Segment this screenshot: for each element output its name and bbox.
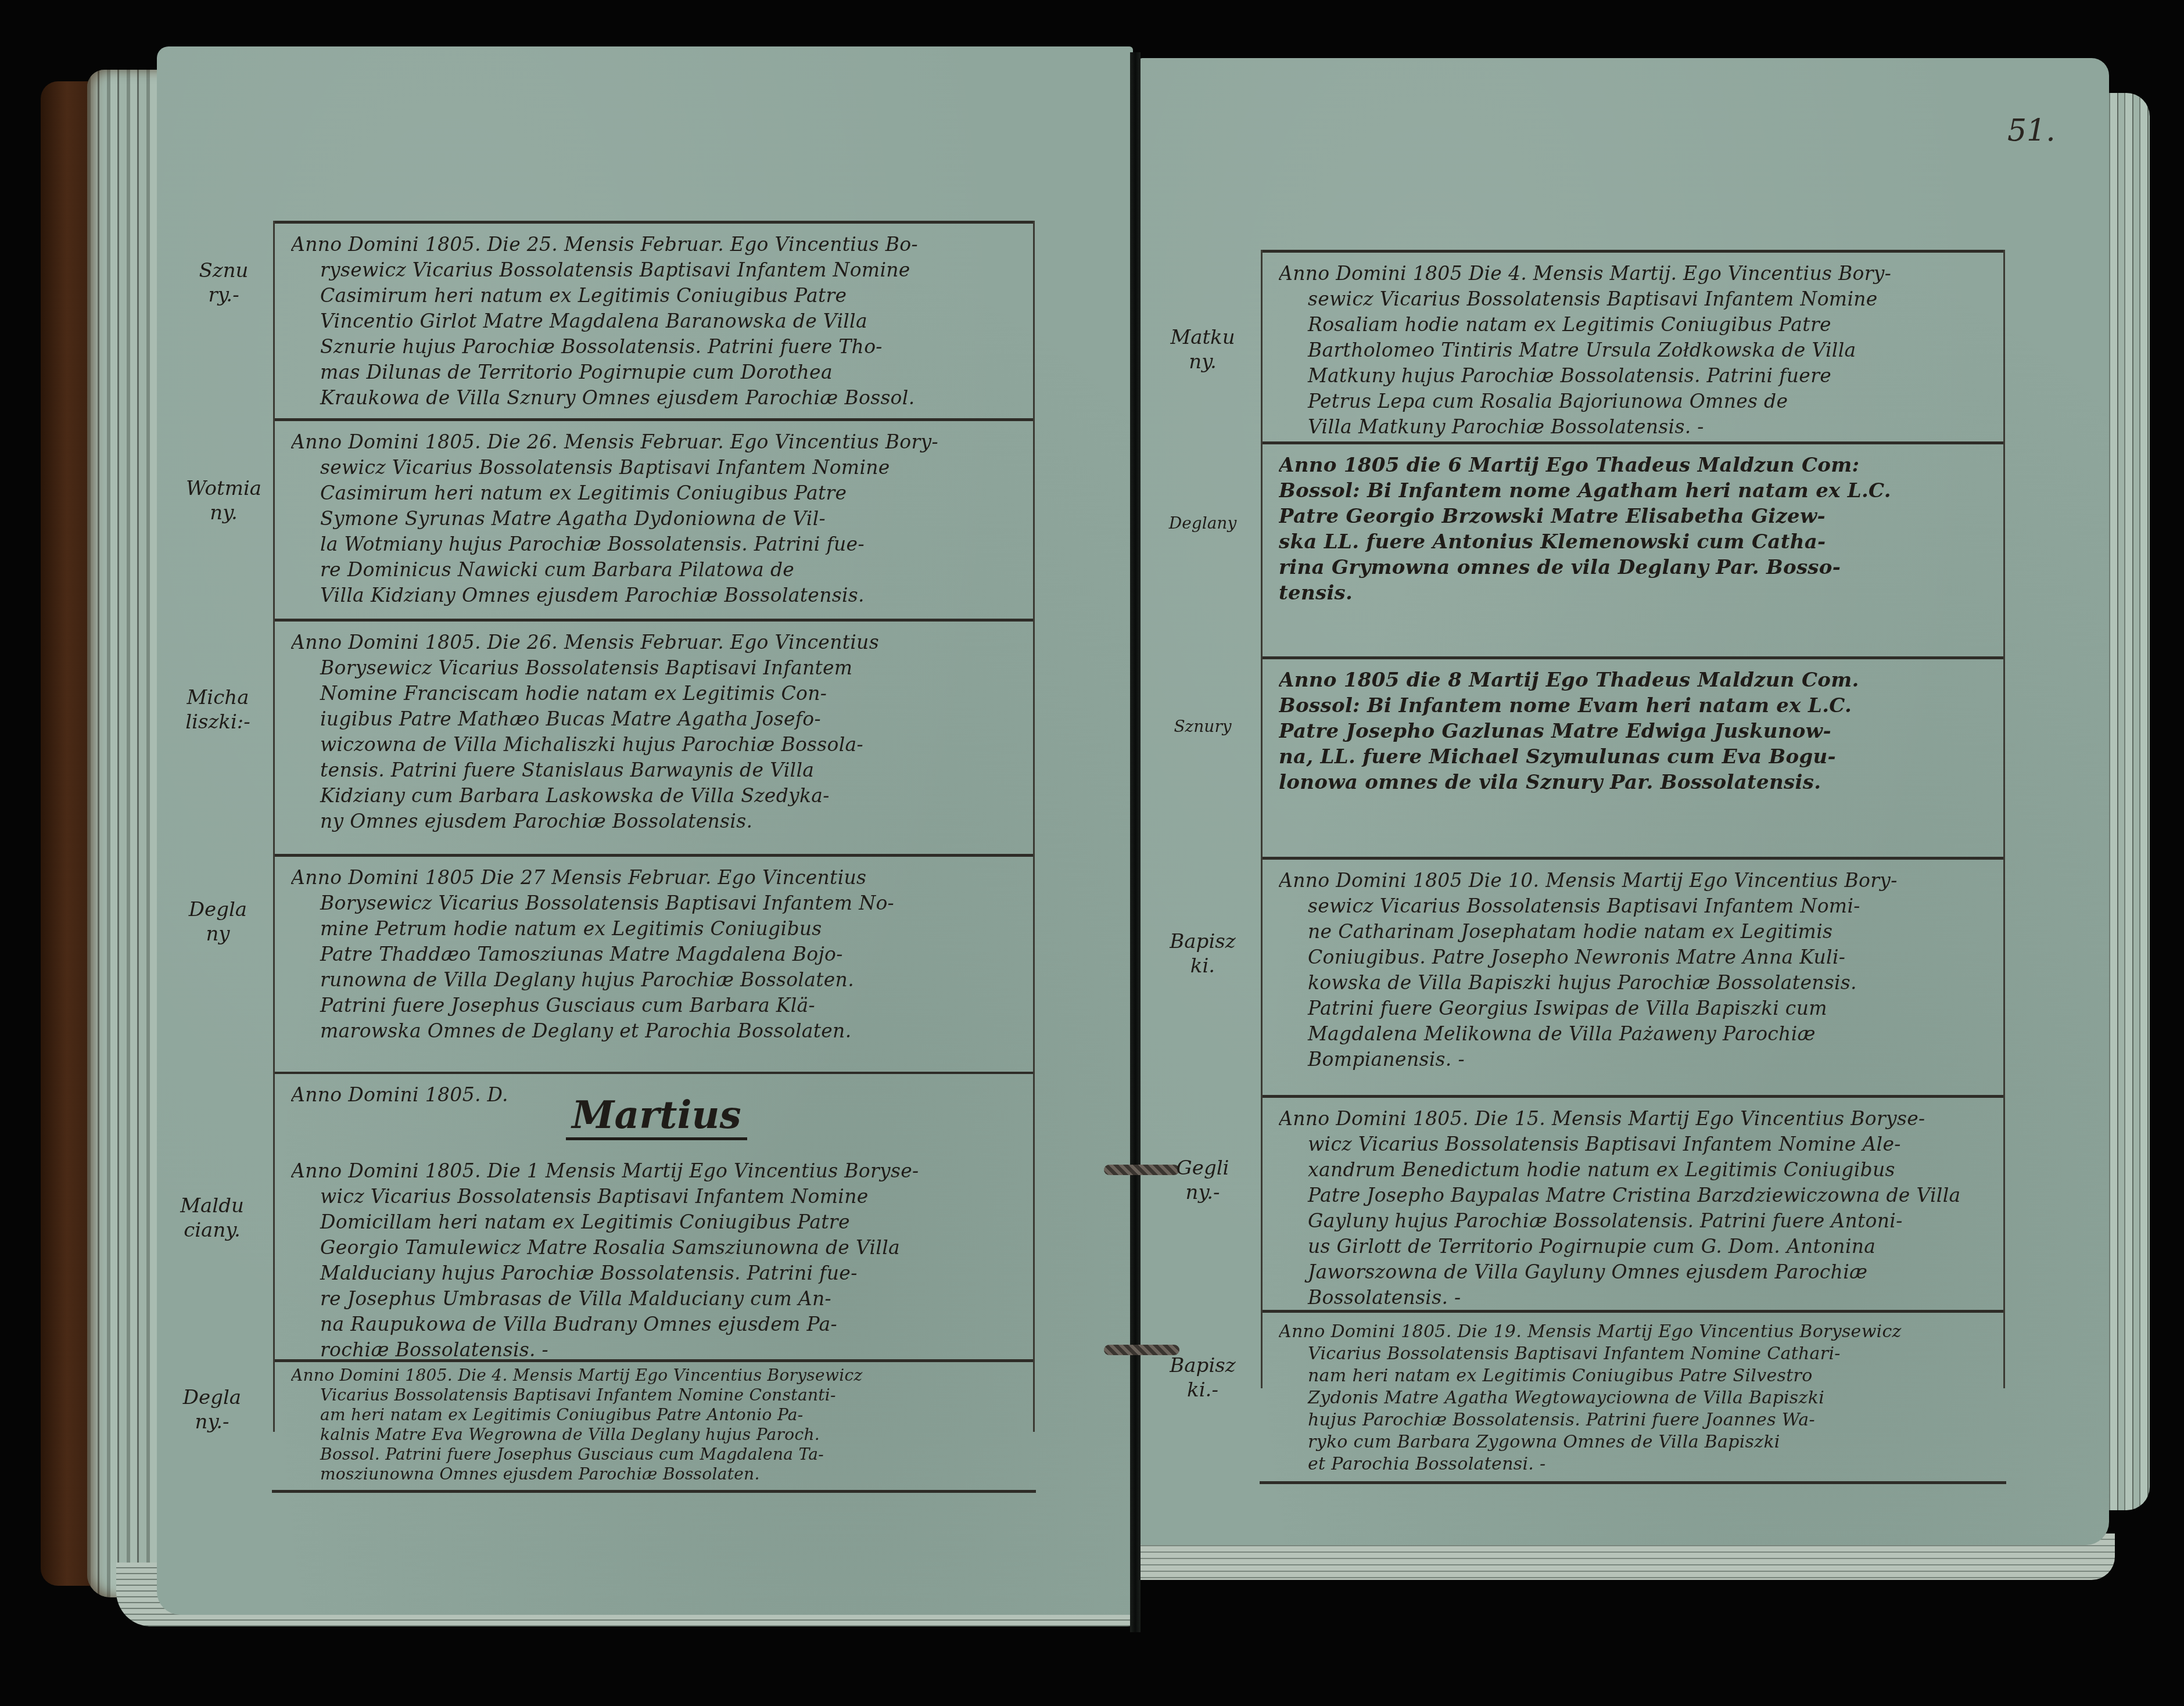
entry-line: Patre Georgio Brzowski Matre Elisabetha …	[1279, 504, 1987, 529]
entry-line: Anno Domini 1805 Die 4. Mensis Martij. E…	[1279, 261, 1987, 286]
baptism-entry: Anno Domini 1805. Die 4. Mensis Martij E…	[275, 1359, 1033, 1488]
baptism-entry: Anno Domini 1805. Die 19. Mensis Martij …	[1263, 1310, 2003, 1479]
entry-line: Vincentio Girlot Matre Magdalena Baranow…	[291, 308, 1017, 334]
entry-line: runowna de Villa Deglany hujus Parochiæ …	[291, 967, 1017, 993]
margin-label-line: ry.-	[180, 283, 267, 307]
open-register-book: 51. Anno Domini 1805. Die 25. Mensis Feb…	[0, 0, 2184, 1706]
entry-line: Petrus Lepa cum Rosalia Bajoriunowa Omne…	[1279, 389, 1987, 414]
entry-line: Patrini fuere Josephus Gusciaus cum Barb…	[291, 993, 1017, 1018]
margin-village-label: Matku ny.	[1159, 325, 1246, 374]
entry-line: ny Omnes ejusdem Parochiæ Bossolatensis.	[291, 809, 1017, 834]
margin-label-line: Deglany	[1159, 511, 1246, 536]
entry-line: Matkuny hujus Parochiæ Bossolatensis. Pa…	[1279, 363, 1987, 389]
baptism-entry: Anno Domini 1805 Die 10. Mensis Martij E…	[1263, 857, 2003, 1076]
entry-line: lonowa omnes de vila Sznury Par. Bossola…	[1279, 770, 1987, 795]
baptism-entry: Anno Domini 1805. Die 15. Mensis Martij …	[1263, 1095, 2003, 1314]
entry-line: la Wotmiany hujus Parochiæ Bossolatensis…	[291, 531, 1017, 557]
entry-line: us Girlott de Territorio Pogirnupie cum …	[1279, 1234, 1987, 1259]
entry-line: wiczowna de Villa Michaliszki hujus Paro…	[291, 732, 1017, 757]
margin-village-label: Sznury	[1159, 714, 1246, 739]
entry-line: Anno Domini 1805. Die 1 Mensis Martij Eg…	[291, 1158, 1017, 1184]
entry-line: Nomine Franciscam hodie natam ex Legitim…	[291, 681, 1017, 706]
entry-line: Casimirum heri natum ex Legitimis Coniug…	[291, 480, 1017, 506]
entry-line: Anno 1805 die 6 Martij Ego Thadeus Maldz…	[1279, 452, 1987, 478]
baptism-entry: Anno 1805 die 6 Martij Ego Thadeus Maldz…	[1263, 441, 2003, 609]
right-register-column: Anno Domini 1805 Die 4. Mensis Martij. E…	[1261, 250, 2005, 1388]
entry-line: Rosaliam hodie natam ex Legitimis Coniug…	[1279, 312, 1987, 337]
entry-line: Anno Domini 1805. Die 26. Mensis Februar…	[291, 630, 1017, 655]
entry-line: ryko cum Barbara Zygowna Omnes de Villa …	[1279, 1431, 1987, 1453]
entry-line: wicz Vicarius Bossolatensis Baptisavi In…	[291, 1184, 1017, 1209]
entry-line: Kidziany cum Barbara Laskowska de Villa …	[291, 783, 1017, 809]
entry-line: Anno Domini 1805. Die 15. Mensis Martij …	[1279, 1106, 1987, 1132]
baptism-entry: Anno Domini 1805. Die 26. Mensis Februar…	[275, 619, 1033, 838]
entry-line: sewicz Vicarius Bossolatensis Baptisavi …	[291, 455, 1017, 480]
margin-label-line: Matku	[1159, 325, 1246, 350]
entry-line: Anno Domini 1805. Die 26. Mensis Februar…	[291, 429, 1017, 455]
entry-line: iugibus Patre Mathæo Bucas Matre Agatha …	[291, 706, 1017, 732]
entry-line: Villa Matkuny Parochiæ Bossolatensis. -	[1279, 414, 1987, 440]
left-page-stack	[87, 70, 168, 1597]
frame-bottom-rule	[272, 1490, 1036, 1493]
entry-line: Bartholomeo Tintiris Matre Ursula Zołdko…	[1279, 337, 1987, 363]
margin-label-line: ny.	[180, 501, 267, 525]
margin-label-line: Bapisz	[1159, 929, 1246, 954]
baptism-entry: Anno Domini 1805. Die 25. Mensis Februar…	[275, 221, 1033, 414]
margin-label-line: Wotmia	[180, 476, 267, 501]
entry-line: wicz Vicarius Bossolatensis Baptisavi In…	[1279, 1132, 1987, 1157]
entry-line: Jaworszowna de Villa Gayluny Omnes ejusd…	[1279, 1259, 1987, 1285]
entry-line: re Dominicus Nawicki cum Barbara Pilatow…	[291, 557, 1017, 583]
margin-village-label: Maldu ciany.	[168, 1194, 256, 1242]
baptism-entry: Anno 1805 die 8 Martij Ego Thadeus Maldz…	[1263, 656, 2003, 799]
entry-line: hujus Parochiæ Bossolatensis. Patrini fu…	[1279, 1409, 1987, 1431]
entry-line: Patre Josepho Baypalas Matre Cristina Ba…	[1279, 1183, 1987, 1208]
entry-line: Symone Syrunas Matre Agatha Dydoniowna d…	[291, 506, 1017, 531]
margin-label-line: ny	[174, 922, 261, 946]
entry-line: Casimirum heri natum ex Legitimis Coniug…	[291, 283, 1017, 308]
entry-line: Vicarius Bossolatensis Baptisavi Infante…	[1279, 1343, 1987, 1365]
entry-line: xandrum Benedictum hodie natum ex Legiti…	[1279, 1157, 1987, 1183]
entry-line: kowska de Villa Bapiszki hujus Parochiæ …	[1279, 970, 1987, 996]
entry-line: Anno Domini 1805 Die 27 Mensis Februar. …	[291, 865, 1017, 890]
month-heading: Martius	[291, 1092, 1023, 1137]
page-number: 51.	[2007, 113, 2056, 148]
margin-label-line: ny.-	[1159, 1180, 1246, 1205]
entry-line: Gayluny hujus Parochiæ Bossolatensis. Pa…	[1279, 1208, 1987, 1234]
entry-line: Villa Kidziany Omnes ejusdem Parochiæ Bo…	[291, 583, 1017, 608]
entry-line: sewicz Vicarius Bossolatensis Baptisavi …	[1279, 893, 1987, 919]
entry-line: ne Catharinam Josephatam hodie natam ex …	[1279, 919, 1987, 944]
entry-line: Borysewicz Vicarius Bossolatensis Baptis…	[291, 890, 1017, 916]
entry-line: Malduciany hujus Parochiæ Bossolatensis.…	[291, 1260, 1017, 1286]
entry-line: Magdalena Melikowna de Villa Pażaweny Pa…	[1279, 1021, 1987, 1047]
baptism-entry: Anno Domini 1805 Die 4. Mensis Martij. E…	[1263, 250, 2003, 443]
entry-line: mine Petrum hodie natum ex Legitimis Con…	[291, 916, 1017, 942]
entry-line: na Raupukowa de Villa Budrany Omnes ejus…	[291, 1312, 1017, 1337]
margin-village-label: Bapisz ki.	[1159, 929, 1246, 978]
margin-label-line: liszki:-	[174, 710, 261, 734]
margin-village-label: Micha liszki:-	[174, 685, 261, 734]
margin-village-label: Degla ny.-	[168, 1385, 256, 1434]
entry-line: Domicillam heri natam ex Legitimis Coniu…	[291, 1209, 1017, 1235]
entry-line: Patre Thaddæo Tamosziunas Matre Magdalen…	[291, 942, 1017, 967]
entry-line: Zydonis Matre Agatha Wegtowayciowna de V…	[1279, 1387, 1987, 1409]
entry-line: Vicarius Bossolatensis Baptisavi Infante…	[291, 1385, 1017, 1405]
entry-line: Bossol. Patrini fuere Josephus Gusciaus …	[291, 1445, 1017, 1464]
baptism-entry: Anno Domini 1805. Die 26. Mensis Februar…	[275, 418, 1033, 612]
margin-label-line: ciany.	[168, 1218, 256, 1242]
margin-village-label: Sznu ry.-	[180, 258, 267, 307]
margin-village-label: Bapisz ki.-	[1159, 1353, 1246, 1402]
entry-line: Anno 1805 die 8 Martij Ego Thadeus Maldz…	[1279, 667, 1987, 693]
entry-line: re Josephus Umbrasas de Villa Malduciany…	[291, 1286, 1017, 1312]
entry-line: Coniugibus. Patre Josepho Newronis Matre…	[1279, 944, 1987, 970]
entry-line: rina Grymowna omnes de vila Deglany Par.…	[1279, 555, 1987, 580]
entry-line: mosziunowna Omnes ejusdem Parochiæ Bosso…	[291, 1464, 1017, 1484]
margin-village-label: Deglany	[1159, 511, 1246, 536]
margin-label-line: ny.-	[168, 1410, 256, 1434]
entry-line: kalnis Matre Eva Wegrowna de Villa Degla…	[291, 1425, 1017, 1445]
entry-line: Anno Domini 1805. Die 4. Mensis Martij E…	[291, 1366, 1017, 1385]
margin-label-line: Degla	[168, 1385, 256, 1410]
entry-line: Bossol: Bi Infantem nome Evam heri natam…	[1279, 693, 1987, 719]
month-heading-text: Martius	[566, 1092, 747, 1140]
margin-label-line: ki.	[1159, 954, 1246, 978]
book-spine-leather	[41, 81, 93, 1586]
margin-label-line: Gegli	[1159, 1156, 1246, 1180]
entry-line: Borysewicz Vicarius Bossolatensis Baptis…	[291, 655, 1017, 681]
entry-line: tensis. Patrini fuere Stanislaus Barwayn…	[291, 757, 1017, 783]
entry-line: Bossol: Bi Infantem nome Agatham heri na…	[1279, 478, 1987, 504]
margin-label-line: Maldu	[168, 1194, 256, 1218]
entry-line: Kraukowa de Villa Sznury Omnes ejusdem P…	[291, 385, 1017, 411]
entry-line: nam heri natam ex Legitimis Coniugibus P…	[1279, 1365, 1987, 1387]
entry-line: na, LL. fuere Michael Szymulunas cum Eva…	[1279, 744, 1987, 770]
entry-line: am heri natam ex Legitimis Coniugibus Pa…	[291, 1405, 1017, 1425]
margin-label-line: ny.	[1159, 350, 1246, 374]
margin-label-line: Sznu	[180, 258, 267, 283]
right-page-stack	[2103, 93, 2150, 1510]
baptism-entry: Anno Domini 1805 Die 27 Mensis Februar. …	[275, 854, 1033, 1047]
entry-line: Anno Domini 1805. Die 19. Mensis Martij …	[1279, 1321, 1987, 1343]
entry-line: rysewicz Vicarius Bossolatensis Baptisav…	[291, 257, 1017, 283]
entry-line: Patre Josepho Gazlunas Matre Edwiga Jusk…	[1279, 719, 1987, 744]
entry-line: Patrini fuere Georgius Iswipas de Villa …	[1279, 996, 1987, 1021]
entry-line: Sznurie hujus Parochiæ Bossolatensis. Pa…	[291, 334, 1017, 360]
margin-village-label: Gegli ny.-	[1159, 1156, 1246, 1205]
margin-label-line: Degla	[174, 897, 261, 922]
margin-village-label: Degla ny	[174, 897, 261, 946]
margin-label-line: Micha	[174, 685, 261, 710]
margin-label-line: Sznury	[1159, 714, 1246, 739]
entry-line: ska LL. fuere Antonius Klemenowski cum C…	[1279, 529, 1987, 555]
margin-village-label: Wotmia ny.	[180, 476, 267, 525]
book-gutter	[1130, 52, 1141, 1632]
entry-line: mas Dilunas de Territorio Pogirnupie cum…	[291, 360, 1017, 385]
entry-line: Anno Domini 1805 Die 10. Mensis Martij E…	[1279, 868, 1987, 893]
entry-line: Georgio Tamulewicz Matre Rosalia Samsziu…	[291, 1235, 1017, 1260]
margin-label-line: ki.-	[1159, 1378, 1246, 1402]
entry-line: Anno Domini 1805. Die 25. Mensis Februar…	[291, 232, 1017, 257]
left-register-column: Anno Domini 1805. Die 25. Mensis Februar…	[273, 221, 1035, 1432]
entry-line: marowska Omnes de Deglany et Parochia Bo…	[291, 1018, 1017, 1044]
entry-line: et Parochia Bossolatensi. -	[1279, 1453, 1987, 1475]
entry-line: Bompianensis. -	[1279, 1047, 1987, 1072]
entry-line: tensis.	[1279, 580, 1987, 606]
entry-line: sewicz Vicarius Bossolatensis Baptisavi …	[1279, 286, 1987, 312]
entry-line: Bossolatensis. -	[1279, 1285, 1987, 1310]
baptism-entry: Anno Domini 1805. Die 1 Mensis Martij Eg…	[275, 1150, 1033, 1366]
frame-bottom-rule	[1260, 1481, 2006, 1484]
margin-label-line: Bapisz	[1159, 1353, 1246, 1378]
